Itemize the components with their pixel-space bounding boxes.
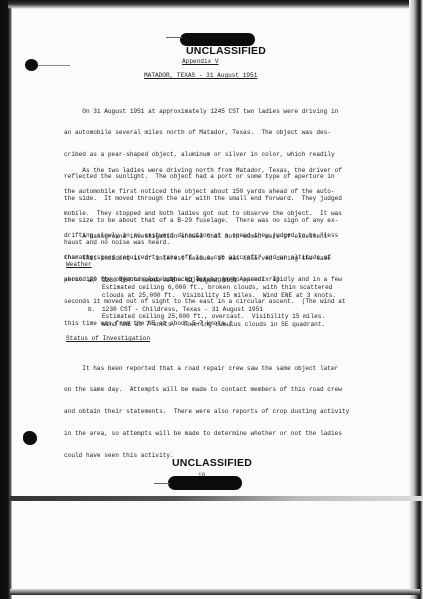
scan-streak: [38, 65, 70, 66]
text-line: It has been reported that a road repair …: [64, 365, 364, 372]
scan-edge-left: [0, 0, 12, 599]
scan-edge-top: [8, 0, 413, 9]
document-title: MATADOR, TEXAS - 31 August 1951: [144, 72, 257, 79]
redaction-bottom: [168, 476, 242, 490]
text-line: in the area, so attempts will be made to…: [64, 430, 364, 437]
redaction-tail: [166, 37, 182, 38]
text-line: an automobile several miles north of Mat…: [64, 129, 364, 136]
weather-line: Estimated ceiling 25,000 ft., overcast. …: [102, 313, 325, 320]
text-line: on the same day. Attempts will be made t…: [64, 386, 364, 393]
classification-stamp-bottom: UNCLASSIFIED: [172, 457, 252, 469]
text-line: As the two ladies were driving north fro…: [64, 167, 364, 174]
punch-hole-bottom: [23, 431, 37, 445]
item-marker: b.: [88, 306, 95, 313]
weather-line: Estimated ceiling 6,000 ft., broken clou…: [102, 284, 332, 291]
text-line: and obtain their statements. There were …: [64, 408, 364, 415]
text-line: mobile. They stopped and both ladies got…: [64, 210, 364, 217]
scan-fold-band: [10, 496, 423, 501]
text-line: On 31 August 1951 at approximately 1245 …: [64, 108, 364, 115]
weather-line: clouds at 25,000 ft. Visibility 15 miles…: [102, 292, 336, 299]
text-line: seconds it moved out of sight to the eas…: [64, 298, 364, 305]
status-heading: Status of Investigation: [66, 335, 150, 342]
text-line: This incident is of interest because it …: [64, 255, 364, 262]
punch-hole-top: [25, 59, 38, 71]
scanned-page: UNCLASSIFIED Appendix V MATADOR, TEXAS -…: [0, 0, 423, 599]
weather-line: 1230 CST - Childress, Texas - 31 August …: [102, 306, 263, 313]
weather-line: Wind NNE at 7 knots. Towering cumulus cl…: [102, 321, 325, 328]
item-marker: a.: [88, 277, 95, 284]
weather-line: 1230 CST - Reese AFB - 31 August 1951: [102, 277, 237, 284]
classification-stamp-top: UNCLASSIFIED: [186, 45, 266, 57]
scan-edge-bottom: [10, 589, 420, 595]
status-paragraph: It has been reported that a road repair …: [64, 350, 364, 474]
scan-edge-right: [409, 0, 423, 599]
appendix-label: Appendix V: [182, 58, 219, 65]
weather-heading: Weather: [66, 261, 92, 268]
text-line: A background investigation showed that b…: [64, 233, 364, 240]
text-line: the automobile first noticed the object …: [64, 188, 364, 195]
redaction-tail: [154, 483, 170, 484]
